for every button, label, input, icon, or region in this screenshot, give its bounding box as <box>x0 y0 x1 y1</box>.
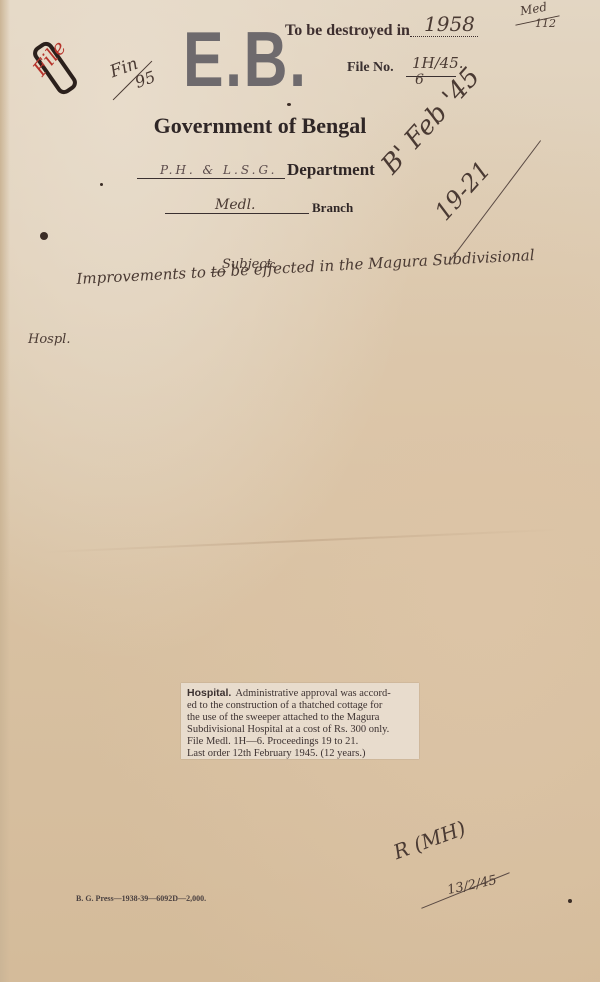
clipping-line: Subdivisional Hospital at a cost of Rs. … <box>187 724 413 736</box>
subject-body: be effected in the Magura Subdivisional <box>225 246 535 280</box>
file-no-line <box>406 76 456 77</box>
clipping-line: ed to the construction of a thatched cot… <box>187 700 413 712</box>
press-mark: B. G. Press—1938-39—6092D—2,000. <box>76 894 206 903</box>
clipping-line: the use of the sweeper attached to the M… <box>187 712 413 724</box>
file-sub-number: 6 <box>415 72 424 88</box>
file-cover: File Fin 95 E.B. To be destroyed in 1958… <box>0 0 600 982</box>
subject-text: Improvements to to be effected in the Ma… <box>76 242 600 288</box>
subject-prefix: Improvements to <box>76 263 211 288</box>
corner-ref-top: Med <box>519 0 548 18</box>
corner-ref-bottom: 112 <box>535 17 556 30</box>
file-no-label: File No. <box>347 60 394 76</box>
received-proceedings: 19-21 <box>429 156 496 226</box>
branch-line <box>165 213 309 214</box>
ink-spot <box>568 899 572 903</box>
clipping-heading: Hospital. <box>187 687 231 699</box>
ink-spot <box>100 183 103 186</box>
destroy-label: To be destroyed in <box>285 22 410 40</box>
record-mark: R (MH) <box>390 816 469 864</box>
record-date: 13/2/45 <box>446 873 498 898</box>
department-label: Department <box>287 160 375 180</box>
paper-crease <box>40 529 560 554</box>
destroy-dotted-line <box>410 36 478 37</box>
clipping-line: Administrative approval was accord- <box>235 688 390 699</box>
department-line <box>137 178 285 179</box>
file-number: 1H <box>412 54 435 72</box>
branch-value: Medl. <box>215 197 256 213</box>
destroy-year: 1958 <box>424 12 475 36</box>
paper-edge <box>0 0 10 982</box>
subject-struck-word: to <box>210 262 226 281</box>
summary-clipping: Hospital.Administrative approval was acc… <box>181 683 419 759</box>
clipping-line: File Medl. 1H—6. Proceedings 19 to 21. <box>187 736 413 748</box>
ink-spot <box>40 232 48 240</box>
clipping-line: Last order 12th February 1945. (12 years… <box>187 748 413 760</box>
branch-label: Branch <box>312 200 353 216</box>
ink-spot <box>287 103 291 106</box>
department-value: P.H. & L.S.G. <box>160 163 277 177</box>
subject-continuation: Hospl. <box>28 332 70 347</box>
